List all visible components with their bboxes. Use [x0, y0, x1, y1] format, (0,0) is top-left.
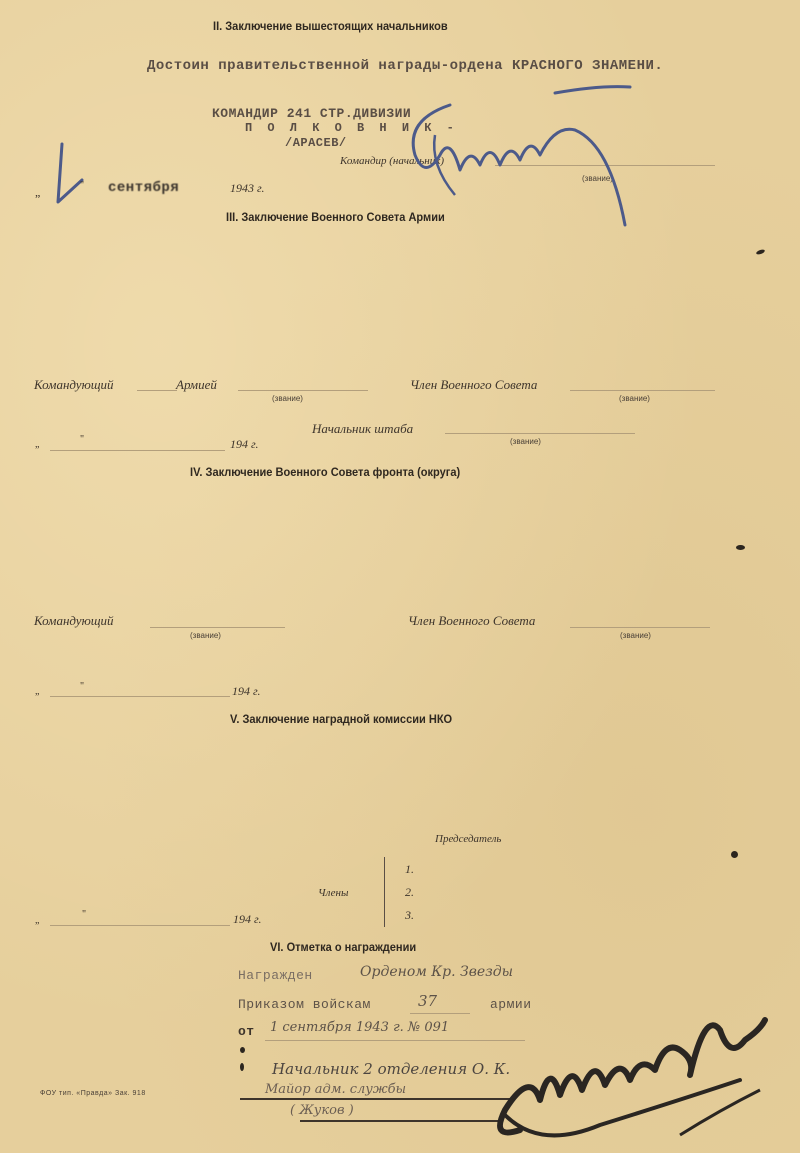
date-year: 194 г.: [232, 684, 261, 699]
member-number-2: 2.: [405, 885, 414, 900]
chief-rank-line: [240, 1098, 515, 1100]
front-council-member-label: Член Военного Совета: [408, 613, 535, 629]
order-line: [410, 1013, 470, 1014]
paper-speck: [736, 545, 745, 550]
army-label: Армией: [176, 377, 217, 393]
front-commander-line: [150, 627, 285, 628]
army-commander-line: [238, 390, 368, 391]
army-council-member-line: [570, 390, 715, 391]
chief-of-staff-line: [445, 433, 635, 434]
chairman-label: Председатель: [435, 833, 501, 845]
date-day-handwritten-icon: [48, 142, 88, 207]
army-council-member-label: Член Военного Совета: [410, 377, 537, 393]
date-quote-close: ": [80, 180, 84, 191]
chief-of-staff-label: Начальник штаба: [312, 421, 413, 437]
date-quote-close: ": [80, 434, 84, 445]
from-value: 1 сентября 1943 г. № 091: [270, 1020, 449, 1035]
chief-signature-icon: [480, 1000, 780, 1150]
recommendation-text: Достоин правительственной награды-ордена…: [147, 58, 663, 74]
rank-caption: (звание): [510, 437, 541, 446]
section-iii-heading: III. Заключение Военного Совета Армии: [226, 210, 445, 224]
stamp-line-3: /АРАСЕВ/: [285, 136, 347, 150]
army-commander-line-a: [137, 390, 177, 391]
date-quote-open: „: [35, 185, 40, 200]
section-ii-heading: II. Заключение вышестоящих начальников: [213, 19, 448, 33]
rank-caption: (звание): [620, 631, 651, 640]
paper-speck: [240, 1047, 245, 1053]
rank-caption: (звание): [190, 631, 221, 640]
date-year: 194 г.: [230, 437, 259, 452]
awarded-label: Награжден: [238, 968, 313, 983]
awarded-value: Орденом Кр. Звезды: [360, 964, 513, 980]
date-quote-open: „: [35, 686, 39, 697]
section-vi-heading: VI. Отметка о награждении: [270, 940, 416, 954]
date-line: [50, 925, 230, 926]
print-mark: ФОУ тип. «Правда» Зак. 918: [40, 1090, 146, 1097]
date-quote-open: „: [35, 915, 39, 926]
paper-speck: [240, 1063, 244, 1071]
front-council-member-line: [570, 627, 710, 628]
front-commander-label: Командующий: [34, 613, 114, 629]
section-iv-heading: IV. Заключение Военного Совета фронта (о…: [190, 465, 460, 479]
chief-label: Начальник 2 отделения О. К.: [272, 1060, 510, 1078]
rank-caption: (звание): [619, 394, 650, 403]
date-quote-close: ": [80, 681, 84, 692]
members-bracket: [384, 857, 385, 927]
members-label: Члены: [318, 887, 348, 899]
chief-name-line: [300, 1120, 500, 1122]
rank-caption: (звание): [272, 394, 303, 403]
date-line: [50, 696, 230, 697]
date-year: 1943 г.: [230, 181, 265, 196]
chief-name-handwritten: ( Жуков ): [290, 1103, 354, 1118]
paper-speck: [731, 851, 738, 858]
member-number-1: 1.: [405, 862, 414, 877]
order-value: 37: [418, 992, 437, 1010]
member-number-3: 3.: [405, 908, 414, 923]
order-label: Приказом войскам: [238, 997, 371, 1012]
date-quote-close: ": [82, 909, 86, 920]
from-label: от: [238, 1024, 255, 1039]
section-v-heading: V. Заключение наградной комиссии НКО: [230, 712, 452, 726]
chief-rank-handwritten: Майор адм. службы: [265, 1082, 406, 1097]
date-quote-open: „: [35, 439, 39, 450]
army-commander-label: Командующий: [34, 377, 114, 393]
paper-speck: [756, 249, 766, 256]
date-line: [50, 450, 225, 451]
date-year: 194 г.: [233, 912, 262, 927]
date-month: сентября: [108, 180, 179, 196]
